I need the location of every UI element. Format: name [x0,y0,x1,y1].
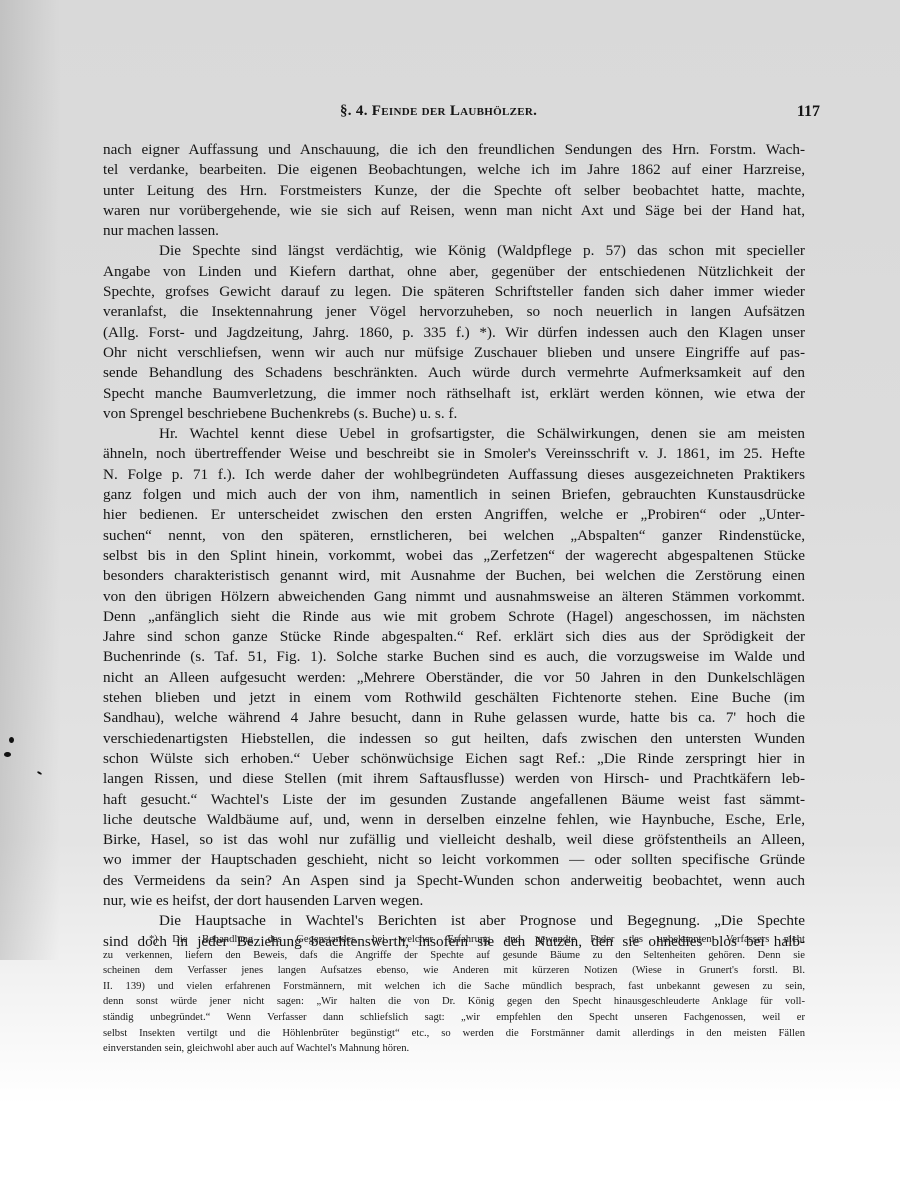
text-line: suchen“ nennt, von den späteren, ernstli… [103,526,805,546]
ink-spot [4,752,11,757]
text-line: Die Spechte sind längst verdächtig, wie … [103,241,805,261]
text-line: ganz folgen und mich auch der von ihm, n… [103,485,805,505]
text-line: II. 139) und vielen erfahrenen Forstmänn… [103,979,805,995]
text-line: ständig unbegründet.“ Wenn Verfasser dan… [103,1010,805,1026]
text-line: einverstanden sein, gleichwohl aber auch… [103,1041,805,1057]
text-line: von Sprengel beschriebene Buchenkrebs (s… [103,404,805,424]
text-line: Denn „anfänglich sieht die Rinde aus wie… [103,607,805,627]
text-line: N. Folge p. 71 f.). Ich werde daher der … [103,465,805,485]
text-line: Angabe von Linden und Kiefern darthat, o… [103,262,805,282]
paragraph-2: Die Spechte sind längst verdächtig, wie … [103,241,805,424]
text-line: Ohr nicht verschliefsen, wenn wir auch n… [103,343,805,363]
text-line: sende Behandlung des Schadens beschränkt… [103,363,805,383]
text-line: Die Hauptsache in Wachtel's Berichten is… [103,911,805,931]
text-line: verschiedenartigsten Hiebstellen, die in… [103,729,805,749]
text-line: liche deutsche Waldbäume auf, und, wenn … [103,810,805,830]
text-line: selbst Insekten vertilgt und die Höhlenb… [103,1026,805,1042]
text-line: Spechte, grofses Gewicht darauf zu legen… [103,282,805,302]
page-header: §. 4. Feinde der Laubhölzer. 117 [100,103,822,125]
ink-spot [9,737,14,743]
footnote: *) Die Behandlung des Gegenstandes, bei … [103,932,805,1057]
text-line: Specht manche Baumverletzung, die immer … [103,384,805,404]
text-line: Sandhau), welche während 4 Jahre besucht… [103,708,805,728]
page-shadow [0,0,60,960]
text-line: tel verdanke, bearbeiten. Die eigenen Be… [103,160,805,180]
text-line: wo immer der Hauptschaden geschieht, nic… [103,850,805,870]
paragraph-1: nach eigner Auffassung und Anschauung, d… [103,140,805,241]
text-line: haft gesucht.“ Wachtel's Liste der im ge… [103,790,805,810]
running-head: §. 4. Feinde der Laubhölzer. [340,103,537,120]
text-line: ähneln, noch übertreffender Weise und be… [103,444,805,464]
text-line: waren nur vorübergehende, wie sie sich a… [103,201,805,221]
text-line: zu verkennen, liefern den Beweis, dafs d… [103,948,805,964]
paragraph-3: Hr. Wachtel kennt diese Uebel in grofsar… [103,424,805,911]
text-line: Buchenrinde (s. Taf. 51, Fig. 1). Solche… [103,647,805,667]
page-number: 117 [797,103,820,121]
text-line: nur, wie es heifst, der dort hausenden L… [103,891,805,911]
text-line: (Allg. Forst- und Jagdzeitung, Jahrg. 18… [103,323,805,343]
text-line: besonders charakteristisch genannt wird,… [103,566,805,586]
text-line: nur machen lassen. [103,221,805,241]
text-line: nicht an Alleen aufgesucht werden: „Mehr… [103,668,805,688]
text-line: langen Rissen, und diese Stellen (mit ih… [103,769,805,789]
text-line: selbst bis in den Splint hinein, vorkomm… [103,546,805,566]
text-line: nach eigner Auffassung und Anschauung, d… [103,140,805,160]
text-line: veranlafst, die Insektennahrung jener Vö… [103,302,805,322]
text-line: Hr. Wachtel kennt diese Uebel in grofsar… [103,424,805,444]
text-line: stehen blieben und jetzt in einem vom Ro… [103,688,805,708]
text-line: Birke, Hasel, so ist das wohl nur zufäll… [103,830,805,850]
text-line: scheinen dem Verfasser jenes langen Aufs… [103,963,805,979]
text-line: Jahre sind schon ganze Stücke Rinde abge… [103,627,805,647]
body-text: nach eigner Auffassung und Anschauung, d… [103,140,805,952]
text-line: schon Wülste sich erhoben.“ Ueber schönw… [103,749,805,769]
text-line: hier bedienen. Er unterscheidet zwischen… [103,505,805,525]
text-line: *) Die Behandlung des Gegenstandes, bei … [103,932,805,948]
text-line: denn sonst würde jener nicht sagen: „Wir… [103,994,805,1010]
text-line: unter Leitung des Hrn. Forstmeisters Kun… [103,181,805,201]
text-line: des Vermeidens da sein? An Aspen sind ja… [103,871,805,891]
text-line: von den übrigen Hölzern abweichenden Gan… [103,587,805,607]
